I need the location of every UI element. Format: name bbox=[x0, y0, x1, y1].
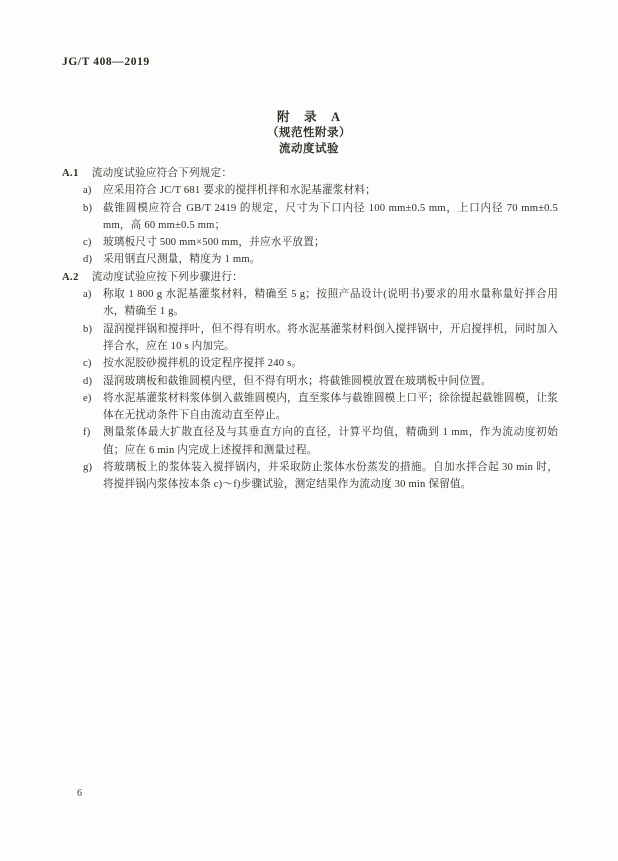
item-text: 采用钢直尺测量，精度为 1 mm。 bbox=[103, 254, 261, 265]
section-a1-number: A.1 bbox=[62, 165, 79, 182]
item-text: 应采用符合 JC/T 681 要求的搅拌机拌和水泥基灌浆材料； bbox=[103, 185, 376, 196]
item-label: b) bbox=[83, 321, 92, 338]
appendix-title: 附 录 A bbox=[0, 109, 618, 125]
appendix-test-name: 流动度试验 bbox=[0, 141, 618, 157]
item-label: a) bbox=[83, 182, 92, 199]
page-number: 6 bbox=[77, 788, 82, 799]
item-label: e) bbox=[83, 390, 92, 407]
item-text: 湿润玻璃板和截锥圆模内壁，但不得有明水；将截锥圆模放置在玻璃板中间位置。 bbox=[103, 376, 492, 387]
item-text: 截锥圆模应符合 GB/T 2419 的规定，尺寸为下口内径 100 mm±0.5… bbox=[103, 203, 558, 231]
item-label: b) bbox=[83, 200, 92, 217]
list-item-a2-e: e) 将水泥基灌浆材料浆体倒入截锥圆模内，直至浆体与截锥圆模上口平；徐徐提起截锥… bbox=[62, 390, 558, 425]
list-item-a1-a: a) 应采用符合 JC/T 681 要求的搅拌机拌和水泥基灌浆材料； bbox=[62, 182, 558, 199]
list-item-a2-c: c) 按水泥胶砂搅拌机的设定程序搅拌 240 s。 bbox=[62, 355, 558, 372]
section-a1-heading: A.1流动度试验应符合下列规定： bbox=[62, 165, 558, 182]
item-text: 称取 1 800 g 水泥基灌浆材料，精确至 5 g；按照产品设计(说明书)要求… bbox=[103, 289, 558, 317]
list-item-a2-f: f) 测量浆体最大扩散直径及与其垂直方向的直径，计算平均值，精确到 1 mm，作… bbox=[62, 424, 558, 459]
body-content: A.1流动度试验应符合下列规定： a) 应采用符合 JC/T 681 要求的搅拌… bbox=[62, 165, 558, 494]
list-item-a1-c: c) 玻璃板尺寸 500 mm×500 mm，并应水平放置； bbox=[62, 234, 558, 251]
item-label: g) bbox=[83, 459, 92, 476]
list-item-a1-d: d) 采用钢直尺测量，精度为 1 mm。 bbox=[62, 251, 558, 268]
document-page: JG/T 408—2019 附 录 A （规范性附录） 流动度试验 A.1流动度… bbox=[0, 0, 618, 861]
section-a1-text: 流动度试验应符合下列规定： bbox=[92, 168, 232, 179]
item-text: 湿润搅拌锅和搅拌叶，但不得有明水。将水泥基灌浆材料倒入搅拌锅中，开启搅拌机，同时… bbox=[103, 324, 558, 352]
list-item-a1-b: b) 截锥圆模应符合 GB/T 2419 的规定，尺寸为下口内径 100 mm±… bbox=[62, 200, 558, 235]
list-item-a2-a: a) 称取 1 800 g 水泥基灌浆材料，精确至 5 g；按照产品设计(说明书… bbox=[62, 286, 558, 321]
section-a2-number: A.2 bbox=[62, 269, 79, 286]
item-label: f) bbox=[83, 424, 90, 441]
section-a2-text: 流动度试验应按下列步骤进行： bbox=[92, 272, 243, 283]
item-text: 按水泥胶砂搅拌机的设定程序搅拌 240 s。 bbox=[103, 358, 302, 369]
item-label: c) bbox=[83, 355, 92, 372]
item-text: 玻璃板尺寸 500 mm×500 mm，并应水平放置； bbox=[103, 237, 325, 248]
item-label: c) bbox=[83, 234, 92, 251]
list-item-a2-d: d) 湿润玻璃板和截锥圆模内壁，但不得有明水；将截锥圆模放置在玻璃板中间位置。 bbox=[62, 373, 558, 390]
appendix-subtitle: （规范性附录） bbox=[0, 125, 618, 141]
list-item-a2-b: b) 湿润搅拌锅和搅拌叶，但不得有明水。将水泥基灌浆材料倒入搅拌锅中，开启搅拌机… bbox=[62, 321, 558, 356]
item-text: 将水泥基灌浆材料浆体倒入截锥圆模内，直至浆体与截锥圆模上口平；徐徐提起截锥圆模，… bbox=[103, 393, 558, 421]
item-label: a) bbox=[83, 286, 92, 303]
item-text: 测量浆体最大扩散直径及与其垂直方向的直径，计算平均值，精确到 1 mm，作为流动… bbox=[103, 427, 558, 455]
item-text: 将玻璃板上的浆体装入搅拌锅内，并采取防止浆体水份蒸发的措施。自加水拌合起 30 … bbox=[103, 462, 558, 490]
list-item-a2-g: g) 将玻璃板上的浆体装入搅拌锅内，并采取防止浆体水份蒸发的措施。自加水拌合起 … bbox=[62, 459, 558, 494]
section-a2-heading: A.2流动度试验应按下列步骤进行： bbox=[62, 269, 558, 286]
item-label: d) bbox=[83, 251, 92, 268]
appendix-title-block: 附 录 A （规范性附录） 流动度试验 bbox=[0, 109, 618, 158]
standard-code: JG/T 408—2019 bbox=[62, 56, 150, 68]
item-label: d) bbox=[83, 373, 92, 390]
